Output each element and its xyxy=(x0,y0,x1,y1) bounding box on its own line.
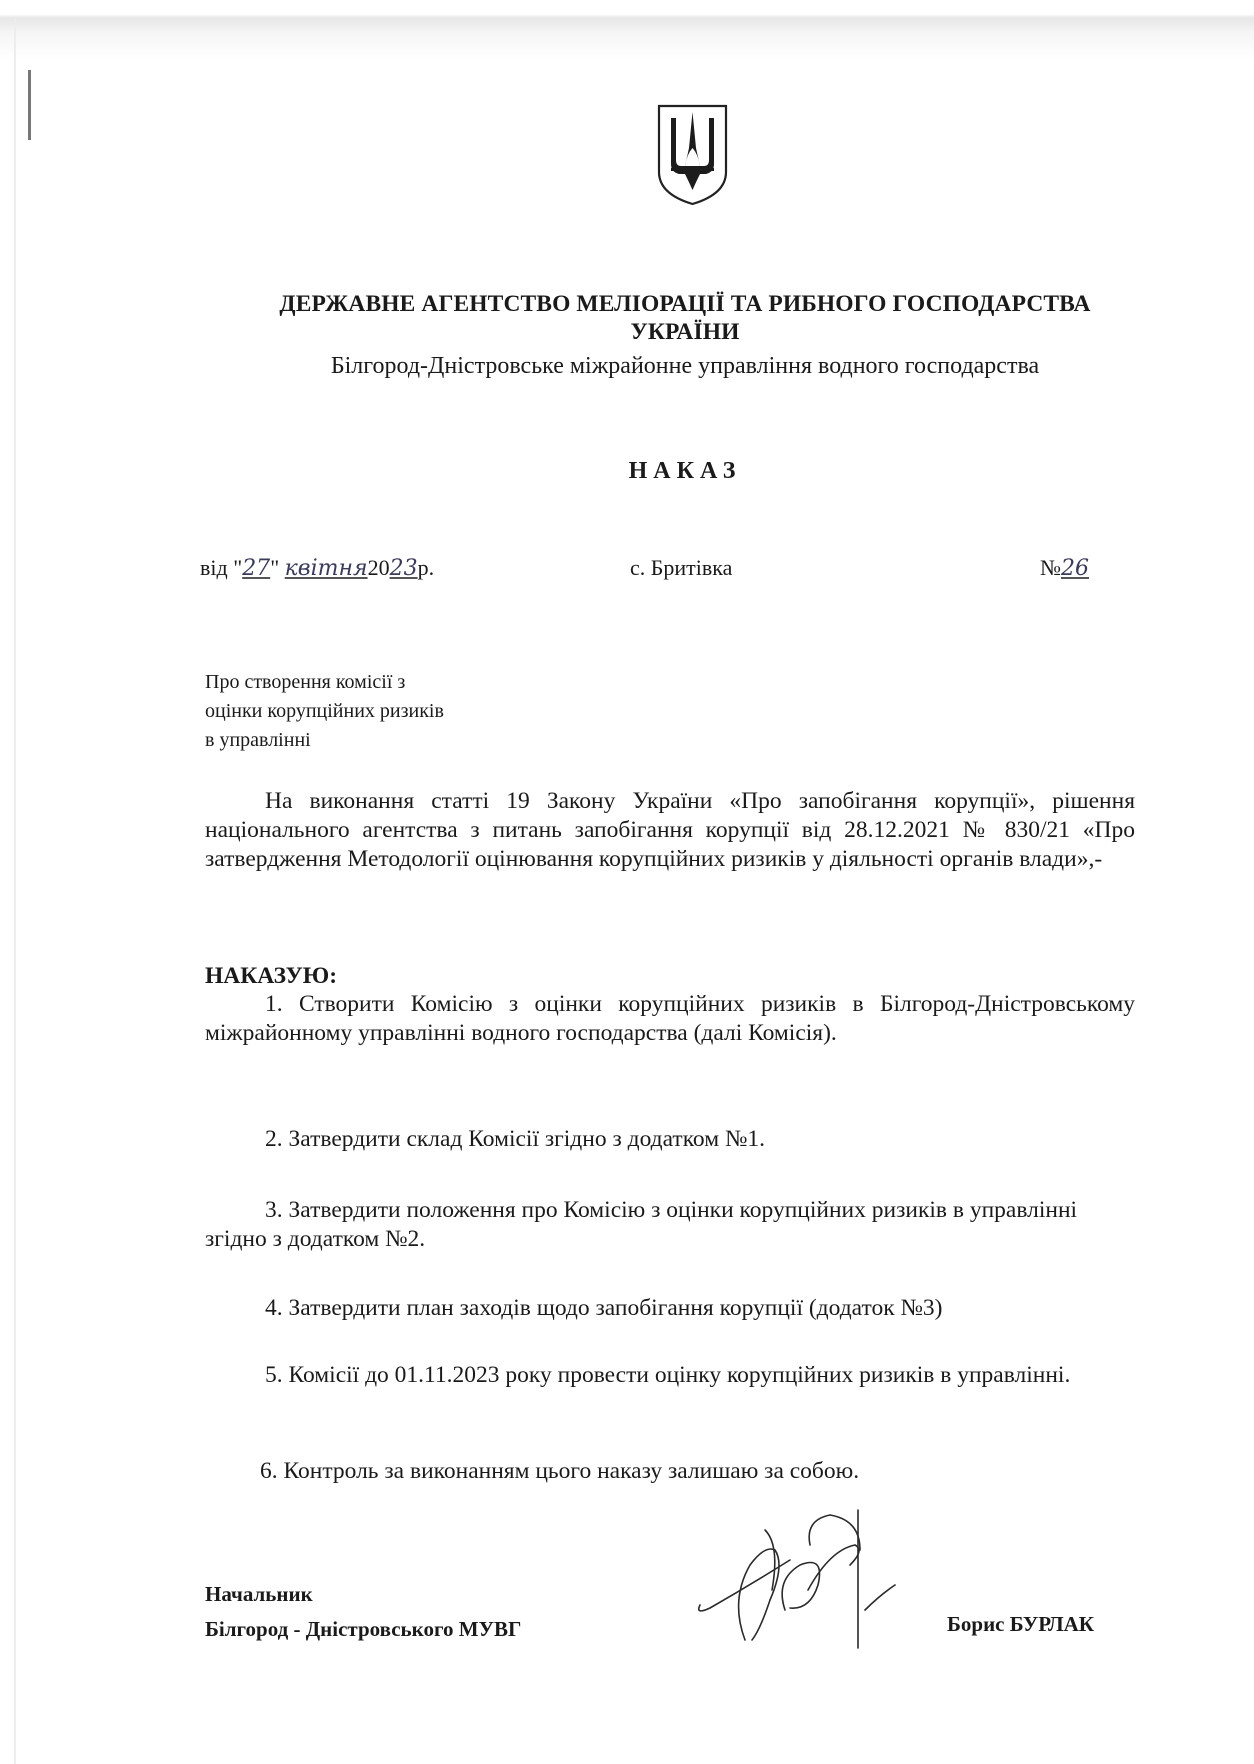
agency-name: ДЕРЖАВНЕ АГЕНТСТВО МЕЛІОРАЦІЇ ТА РИБНОГО… xyxy=(200,290,1170,346)
order-number-value: 26 xyxy=(1061,556,1089,581)
document-title: НАКАЗ xyxy=(200,458,1170,485)
date-day: 27 xyxy=(242,556,270,581)
coat-of-arms-icon xyxy=(655,102,730,206)
order-item-2: 2. Затвердити склад Комісії згідно з дод… xyxy=(205,1125,1135,1154)
order-item-5: 5. Комісії до 01.11.2023 року провести о… xyxy=(205,1361,1135,1390)
agency-name-line2: УКРАЇНИ xyxy=(200,318,1170,346)
subunit-name: Білгород-Дністровське міжрайонне управлі… xyxy=(200,352,1170,380)
agency-name-line1: ДЕРЖАВНЕ АГЕНТСТВО МЕЛІОРАЦІЇ ТА РИБНОГО… xyxy=(200,290,1170,318)
scan-left-edge xyxy=(14,18,16,1764)
order-number: №26 xyxy=(1040,555,1089,581)
handwritten-signature-icon xyxy=(690,1490,950,1660)
date-year: 23 xyxy=(390,556,418,581)
preamble: На виконання статті 19 Закону України «П… xyxy=(205,787,1135,874)
order-item-4: 4. Затвердити план заходів щодо запобіга… xyxy=(205,1294,1135,1323)
order-heading: НАКАЗУЮ: xyxy=(205,962,1135,991)
signatory-position: Начальник Білгород - Дністровського МУВГ xyxy=(205,1577,521,1647)
date-field: від "27" квітня2023р. xyxy=(200,555,434,581)
scan-top-shadow xyxy=(0,0,1254,60)
order-item-3: 3. Затвердити положення про Комісію з оц… xyxy=(205,1196,1135,1254)
subject-block: Про створення комісії з оцінки корупційн… xyxy=(205,668,444,755)
scan-artifact-mark xyxy=(28,70,31,140)
date-month: квітня xyxy=(285,556,368,581)
order-item-6: 6. Контроль за виконанням цього наказу з… xyxy=(205,1457,1135,1486)
order-item-1: 1. Створити Комісію з оцінки корупційних… xyxy=(205,990,1135,1048)
signatory-name: Борис БУРЛАК xyxy=(947,1612,1094,1637)
place-name: с. Бритівка xyxy=(630,555,732,581)
